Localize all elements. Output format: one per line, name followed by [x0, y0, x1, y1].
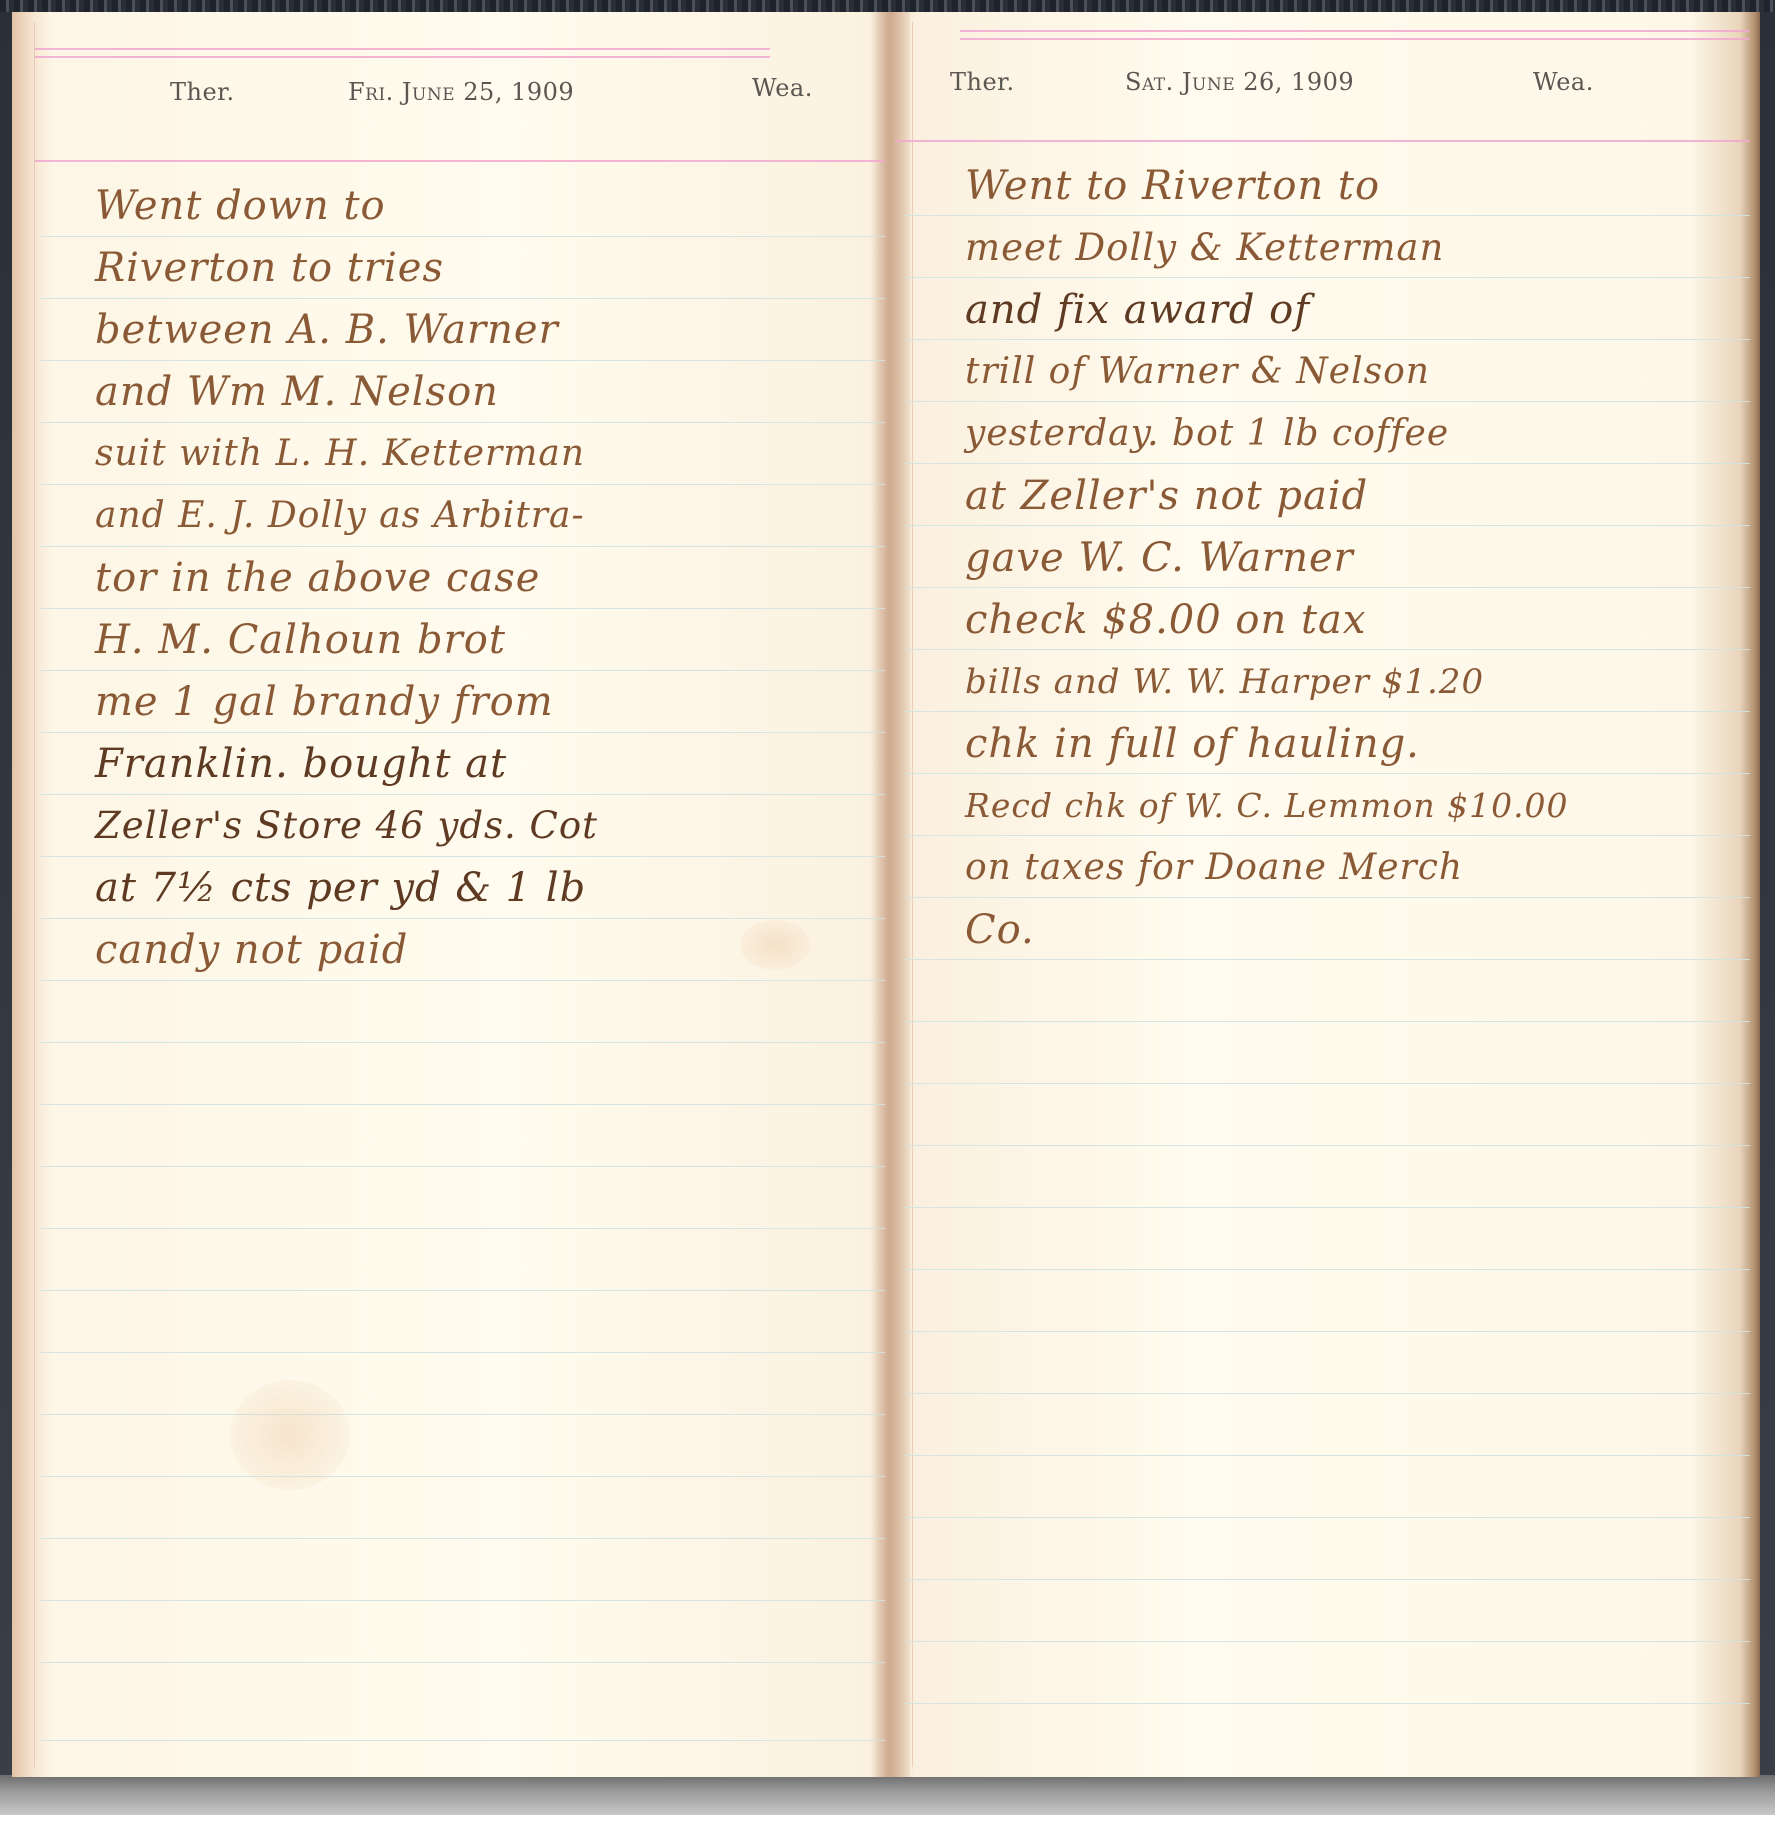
- entry-line: between A. B. Warner: [95, 299, 598, 361]
- header-rule-top-right-2: [960, 38, 1750, 40]
- left-page-entry: Went down to Riverton to tries between A…: [95, 175, 598, 981]
- entry-line: chk in full of hauling.: [965, 713, 1569, 775]
- entry-line: check $8.00 on tax: [965, 589, 1569, 651]
- page-date: Sat. June 26, 1909: [1125, 68, 1354, 96]
- entry-line: Went down to: [95, 175, 598, 237]
- entry-line: Recd chk of W. C. Lemmon $10.00: [965, 775, 1569, 837]
- entry-line: Co.: [965, 899, 1569, 961]
- book-gutter: [870, 12, 910, 1777]
- book-bottom-edge: [0, 1775, 1775, 1815]
- header-rule-bottom-right: [895, 140, 1750, 142]
- entry-line: suit with L. H. Ketterman: [95, 423, 598, 485]
- entry-line: H. M. Calhoun brot: [95, 609, 598, 671]
- entry-line: me 1 gal brandy from: [95, 671, 598, 733]
- entry-line: and E. J. Dolly as Arbitra-: [95, 485, 598, 547]
- entry-line: yesterday. bot 1 lb coffee: [965, 403, 1569, 465]
- entry-line: candy not paid: [95, 919, 598, 981]
- book-top-edge: [0, 0, 1775, 12]
- entry-line: gave W. C. Warner: [965, 527, 1569, 589]
- entry-line: Franklin. bought at: [95, 733, 598, 795]
- entry-line: and Wm M. Nelson: [95, 361, 598, 423]
- entry-line: tor in the above case: [95, 547, 598, 609]
- header-rule-top-right: [960, 30, 1750, 32]
- entry-line: trill of Warner & Nelson: [965, 341, 1569, 403]
- header-rule-bottom-left: [35, 160, 885, 162]
- paper-stain: [740, 920, 810, 970]
- entry-line: on taxes for Doane Merch: [965, 837, 1569, 899]
- entry-line: at Zeller's not paid: [965, 465, 1569, 527]
- entry-line: Zeller's Store 46 yds. Cot: [95, 795, 598, 857]
- right-page-entry: Went to Riverton to meet Dolly & Ketterm…: [965, 155, 1569, 961]
- header-rule-top-left-2: [35, 56, 770, 58]
- right-page-header: Ther. Sat. June 26, 1909 Wea.: [0, 68, 1785, 108]
- entry-line: Went to Riverton to: [965, 155, 1569, 217]
- weather-label: Wea.: [1533, 68, 1594, 96]
- entry-line: bills and W. W. Harper $1.20: [965, 651, 1569, 713]
- entry-line: Riverton to tries: [95, 237, 598, 299]
- entry-line: and fix award of: [965, 279, 1569, 341]
- paper-stain: [230, 1380, 350, 1490]
- header-rule-top-left: [35, 48, 770, 50]
- thermometer-label: Ther.: [950, 68, 1015, 96]
- entry-line: at 7½ cts per yd & 1 lb: [95, 857, 598, 919]
- entry-line: meet Dolly & Ketterman: [965, 217, 1569, 279]
